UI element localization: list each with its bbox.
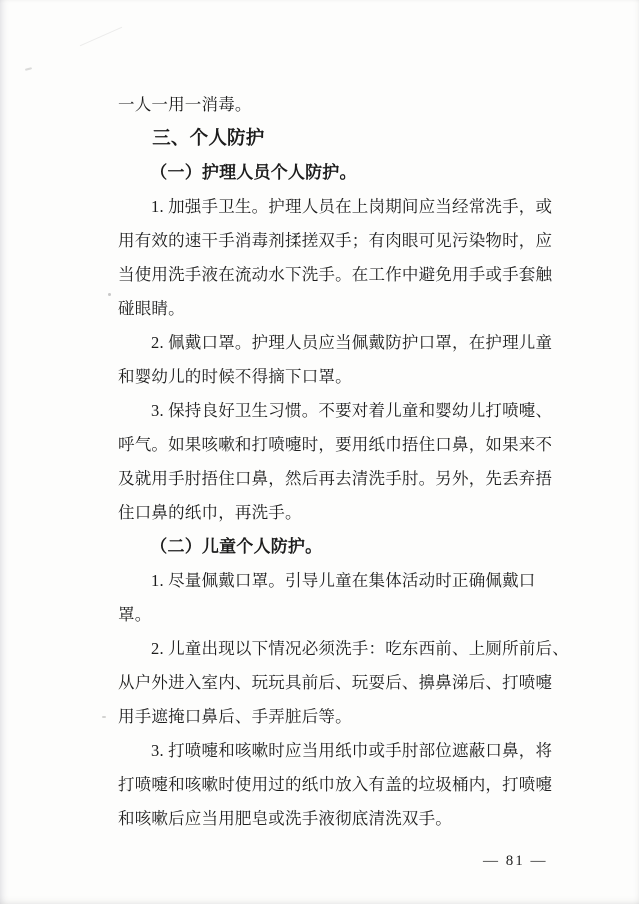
text-line: 1. 加强手卫生。护理人员在上岗期间应当经常洗手，或 — [118, 190, 554, 224]
scan-artifact-speck — [102, 716, 106, 718]
heading-line: （二）儿童个人防护。 — [118, 530, 554, 564]
page-number: — 81 — — [483, 849, 548, 873]
text-line: 3. 保持良好卫生习惯。不要对着儿童和婴幼儿打喷嚏、 — [118, 394, 554, 428]
text-line: 打喷嚏和咳嗽时使用过的纸巾放入有盖的垃圾桶内，打喷嚏 — [118, 768, 554, 802]
heading-line: 三、个人防护 — [118, 122, 554, 156]
text-line: 1. 尽量佩戴口罩。引导儿童在集体活动时正确佩戴口 — [118, 564, 554, 598]
text-line: 住口鼻的纸巾，再洗手。 — [118, 496, 554, 530]
text-line: 2. 儿童出现以下情况必须洗手：吃东西前、上厕所前后、 — [118, 632, 554, 666]
text-line: 3. 打喷嚏和咳嗽时应当用纸巾或手肘部位遮蔽口鼻，将 — [118, 734, 554, 768]
scan-artifact-speck — [108, 293, 111, 296]
text-line: 罩。 — [118, 598, 554, 632]
scan-artifact-scratch — [25, 67, 32, 71]
text-line: 一人一用一消毒。 — [118, 88, 554, 122]
text-line: 和咳嗽后应当用肥皂或洗手液彻底清洗双手。 — [118, 802, 554, 836]
text-line: 当使用洗手液在流动水下洗手。在工作中避免用手或手套触 — [118, 258, 554, 292]
page-content: 一人一用一消毒。三、个人防护（一）护理人员个人防护。1. 加强手卫生。护理人员在… — [118, 88, 554, 836]
text-line: 碰眼睛。 — [118, 292, 554, 326]
text-line: 用有效的速干手消毒剂揉搓双手；有肉眼可见污染物时，应 — [118, 224, 554, 258]
heading-line: （一）护理人员个人防护。 — [118, 156, 554, 190]
scanned-document-page: 一人一用一消毒。三、个人防护（一）护理人员个人防护。1. 加强手卫生。护理人员在… — [0, 0, 639, 904]
text-line: 及就用手肘捂住口鼻，然后再去清洗手肘。另外，先丢弃捂 — [118, 462, 554, 496]
text-line: 2. 佩戴口罩。护理人员应当佩戴防护口罩，在护理儿童 — [118, 326, 554, 360]
text-line: 从户外进入室内、玩玩具前后、玩耍后、擤鼻涕后、打喷嚏 — [118, 666, 554, 700]
scan-artifact-scratch — [80, 27, 122, 47]
text-line: 用手遮掩口鼻后、手弄脏后等。 — [118, 700, 554, 734]
text-line: 和婴幼儿的时候不得摘下口罩。 — [118, 360, 554, 394]
text-line: 呼气。如果咳嗽和打喷嚏时，要用纸巾捂住口鼻，如果来不 — [118, 428, 554, 462]
